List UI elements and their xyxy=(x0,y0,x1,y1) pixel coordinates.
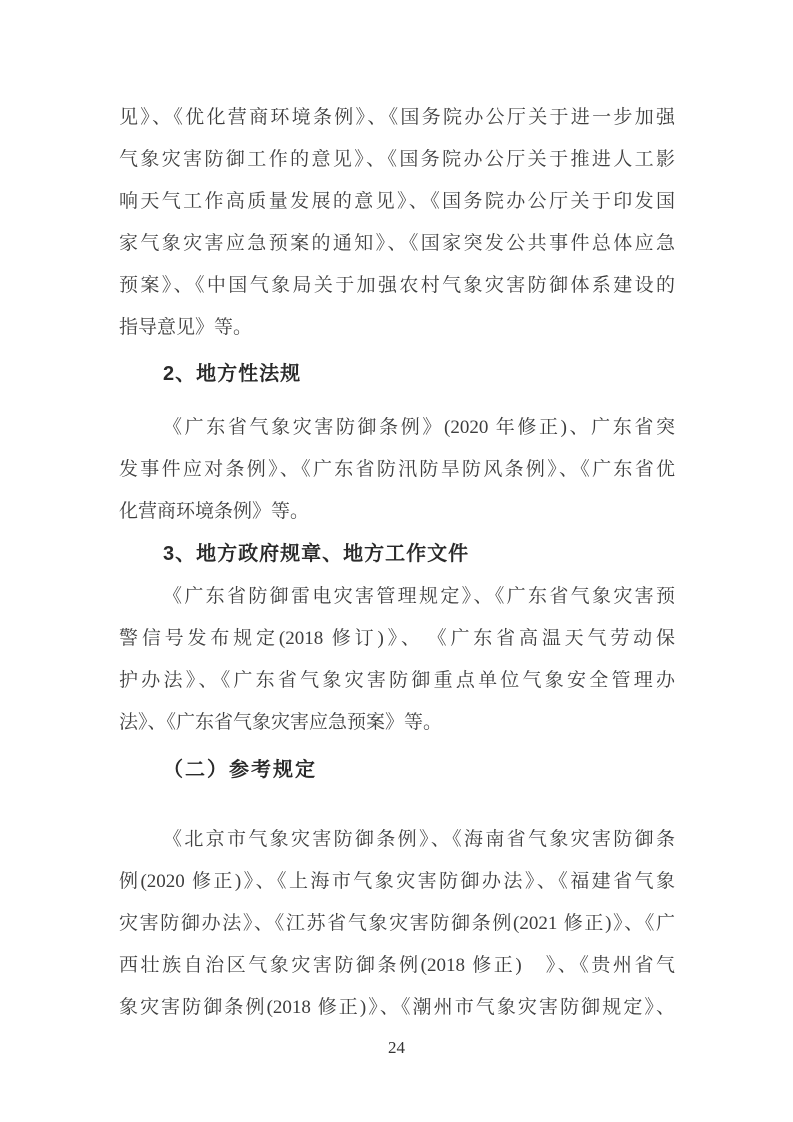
page-number: 24 xyxy=(0,1034,793,1062)
document-page: 见》、《优化营商环境条例》、《国务院办公厅关于进一步加强 气象灾害防御工作的意见… xyxy=(0,0,793,1122)
text-line: 例(2020 修正)》、《上海市气象灾害防御办法》、《福建省气象 xyxy=(119,861,675,903)
text-line: 《广东省气象灾害防御条例》(2020 年修正)、广东省突 xyxy=(119,407,675,449)
text-line: 化营商环境条例》等。 xyxy=(119,491,675,533)
heading-local-rules: 3、地方政府规章、地方工作文件 xyxy=(163,533,675,575)
text-line: 《北京市气象灾害防御条例》、《海南省气象灾害防御条 xyxy=(119,819,675,861)
text-line: 见》、《优化营商环境条例》、《国务院办公厅关于进一步加强 xyxy=(119,97,675,139)
text-line: 象灾害防御条例(2018 修正)》、《潮州市气象灾害防御规定》、 xyxy=(119,987,675,1029)
text-line: 警信号发布规定(2018 修订)》、 《广东省高温天气劳动保 xyxy=(119,618,675,660)
heading-local-laws: 2、地方性法规 xyxy=(163,353,675,395)
text-line: 预案》、《中国气象局关于加强农村气象灾害防御体系建设的 xyxy=(119,265,675,307)
text-line: 响天气工作高质量发展的意见》、《国务院办公厅关于印发国 xyxy=(119,181,675,223)
text-line: 法》、《广东省气象灾害应急预案》等。 xyxy=(119,702,675,744)
text-line: 灾害防御办法》、《江苏省气象灾害防御条例(2021 修正)》、《广 xyxy=(119,903,675,945)
text-line: 西壮族自治区气象灾害防御条例(2018 修正) 》、《贵州省气 xyxy=(119,945,675,987)
paragraph-reference-regulations: 《北京市气象灾害防御条例》、《海南省气象灾害防御条 例(2020 修正)》、《上… xyxy=(119,819,675,1029)
paragraph-local-laws: 《广东省气象灾害防御条例》(2020 年修正)、广东省突 发事件应对条例》、《广… xyxy=(119,407,675,533)
text-line: 《广东省防御雷电灾害管理规定》、《广东省气象灾害预 xyxy=(119,576,675,618)
paragraph-national-regulations: 见》、《优化营商环境条例》、《国务院办公厅关于进一步加强 气象灾害防御工作的意见… xyxy=(119,97,675,349)
text-line: 护办法》、《广东省气象灾害防御重点单位气象安全管理办 xyxy=(119,660,675,702)
text-line: 气象灾害防御工作的意见》、《国务院办公厅关于推进人工影 xyxy=(119,139,675,181)
heading-reference-regulations: （二）参考规定 xyxy=(163,748,675,790)
text-line: 指导意见》等。 xyxy=(119,307,675,349)
text-line: 家气象灾害应急预案的通知》、《国家突发公共事件总体应急 xyxy=(119,223,675,265)
paragraph-local-rules: 《广东省防御雷电灾害管理规定》、《广东省气象灾害预 警信号发布规定(2018 修… xyxy=(119,576,675,744)
text-line: 发事件应对条例》、《广东省防汛防旱防风条例》、《广东省优 xyxy=(119,449,675,491)
